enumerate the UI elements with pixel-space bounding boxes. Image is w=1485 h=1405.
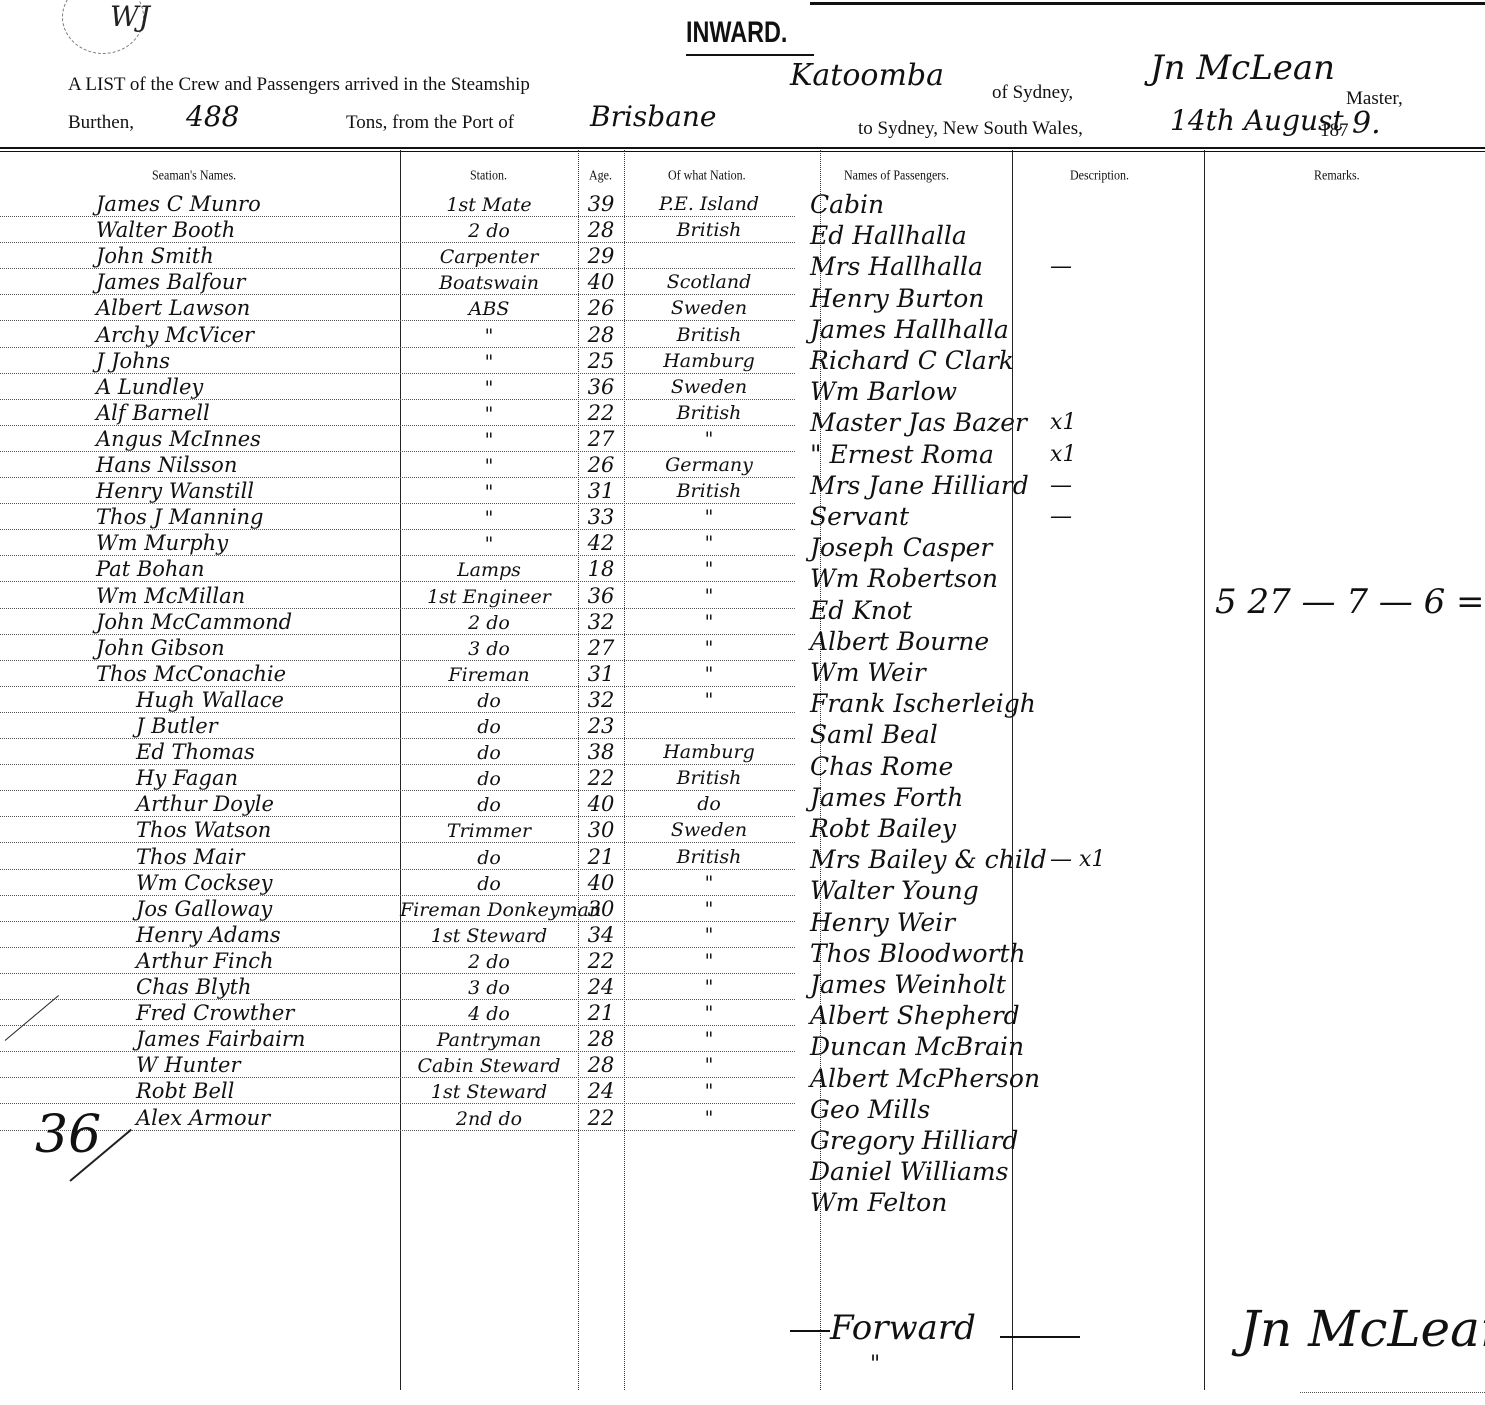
passenger-name: Robt Bailey [810,814,956,843]
crew-row: Thos Mairdo21British [0,849,800,875]
crew-name: Arthur Finch [136,949,274,973]
row-rule [0,608,795,609]
crew-age: 27 [578,427,624,451]
top-border [810,2,1485,5]
crew-nation: " [624,976,794,998]
passenger-description: — [1050,254,1072,279]
crew-row: Hy Fagando22British [0,770,800,796]
crew-nation: British [624,402,794,424]
crew-station: Pantryman [400,1029,578,1051]
passenger-name: Thos Bloodworth [810,939,1026,968]
passenger-name: Mrs Bailey & child [810,845,1047,874]
crew-name: Thos Mair [136,845,244,869]
crew-age: 24 [578,1079,624,1103]
row-rule [0,268,795,269]
crew-age: 38 [578,740,624,764]
crew-nation: British [624,767,794,789]
crew-nation: Sweden [624,376,794,398]
forward-line-right [1000,1336,1080,1338]
passenger-description: — [1050,473,1072,498]
crew-age: 39 [578,192,624,216]
passenger-name: Geo Mills [810,1095,930,1124]
forward-ditto: " [870,1352,880,1377]
passenger-name: Mrs Jane Hilliard [810,471,1029,500]
row-rule [0,790,795,791]
crew-nation: " [624,506,794,528]
row-rule [0,973,795,974]
passenger-name: Albert Bourne [810,627,989,656]
crew-name: James Balfour [96,270,245,294]
crew-age: 40 [578,792,624,816]
crew-station: do [400,690,578,712]
crew-age: 25 [578,349,624,373]
crew-nation: British [624,846,794,868]
crew-row: Hugh Wallacedo32" [0,692,800,718]
row-rule [0,451,795,452]
crew-nation: " [624,428,794,450]
crew-nation: Germany [624,454,794,476]
stamp-initials: WJ [110,0,150,33]
crew-nation: " [624,1002,794,1024]
crew-age: 22 [578,1106,624,1130]
crew-nation: " [624,950,794,972]
crew-nation: " [624,1080,794,1102]
crew-age: 22 [578,949,624,973]
row-rule [0,660,795,661]
row-rule [0,399,795,400]
crew-nation: Sweden [624,297,794,319]
crew-name: J Johns [96,349,170,373]
row-rule [0,816,795,817]
crew-row: Fred Crowther4 do21" [0,1005,800,1031]
crew-row: Chas Blyth3 do24" [0,979,800,1005]
crew-station: do [400,847,578,869]
crew-name: A Lundley [96,375,203,399]
crew-name: Walter Booth [96,218,235,242]
crew-nation: Hamburg [624,350,794,372]
crew-name: Hans Nilsson [96,453,237,477]
passenger-description: x1 [1050,442,1076,467]
crew-station: " [400,377,578,399]
crew-age: 22 [578,766,624,790]
crew-name: Alf Barnell [96,401,210,425]
crew-row: Arthur Finch2 do22" [0,953,800,979]
crew-name: Henry Wanstill [96,479,254,503]
crew-row: J Butlerdo23 [0,718,800,744]
from-port: Brisbane [590,100,717,133]
margin-tally: 36 [35,1105,101,1165]
crew-age: 26 [578,296,624,320]
crew-row: Henry Adams1st Steward34" [0,927,800,953]
crew-station: ABS [400,298,578,320]
crew-nation: British [624,219,794,241]
master-name: Jn McLean [1150,48,1335,88]
row-rule [0,738,795,739]
crew-station: " [400,351,578,373]
year-prefix: 187 [1320,120,1349,142]
crew-name: Wm McMillan [96,584,245,608]
crew-name: Arthur Doyle [136,792,274,816]
passenger-description: — x1 [1050,847,1105,872]
passenger-name: Cabin [810,190,884,219]
crew-age: 32 [578,610,624,634]
crew-name: W Hunter [136,1053,241,1077]
header-rule [0,147,1485,149]
crew-nation: " [624,532,794,554]
row-rule [0,712,795,713]
column-header-remarks: Remarks. [1314,167,1360,184]
crew-name: J Butler [136,714,218,738]
crew-station: 2 do [400,951,578,973]
passenger-name: Wm Felton [810,1188,947,1217]
row-rule [0,347,795,348]
row-rule [0,242,795,243]
passenger-name: Chas Rome [810,752,953,781]
crew-age: 36 [578,584,624,608]
crew-nation: " [624,689,794,711]
crew-name: Wm Murphy [96,531,228,555]
passenger-name: Henry Weir [810,908,955,937]
passenger-name: James Hallhalla [810,315,1009,344]
passenger-name: Richard C Clark [810,346,1014,375]
crew-station: do [400,873,578,895]
crew-name: Alex Armour [136,1106,270,1130]
ship-name: Katoomba [790,58,944,93]
crew-row: Jos GallowayFireman Donkeyman30" [0,901,800,927]
crew-station: Fireman Donkeyman [400,899,578,921]
to-sydney-label: to Sydney, New South Wales, [858,118,1083,140]
crew-station: Cabin Steward [400,1055,578,1077]
crew-nation: Hamburg [624,741,794,763]
crew-age: 21 [578,845,624,869]
crew-age: 42 [578,531,624,555]
crew-age: 18 [578,557,624,581]
passenger-name: Walter Young [810,876,979,905]
crew-nation: " [624,637,794,659]
crew-age: 34 [578,923,624,947]
crew-row: Wm Cockseydo40" [0,875,800,901]
row-rule [0,581,795,582]
document-heading: INWARD. [686,16,787,50]
crew-name: John Gibson [96,636,225,660]
row-rule [0,373,795,374]
crew-nation: " [624,585,794,607]
row-rule [0,921,795,922]
crew-name: Albert Lawson [96,296,250,320]
crew-station: Fireman [400,664,578,686]
column-header-description: Description. [1070,167,1129,184]
crew-nation: " [624,924,794,946]
of-sydney-text: of Sydney, [992,82,1073,104]
crew-name: Henry Adams [136,923,281,947]
passenger-name: James Weinholt [810,970,1006,999]
crew-age: 26 [578,453,624,477]
passenger-name: Albert McPherson [810,1064,1040,1093]
crew-name: John Smith [96,244,214,268]
crew-station: Lamps [400,559,578,581]
crew-station: 3 do [400,977,578,999]
crew-station: 3 do [400,638,578,660]
crew-age: 27 [578,636,624,660]
crew-name: James C Munro [96,192,261,216]
crew-age: 32 [578,688,624,712]
passenger-name: Daniel Williams [810,1157,1008,1186]
row-rule [0,1077,795,1078]
crew-station: do [400,768,578,790]
crew-row: W HunterCabin Steward28" [0,1057,800,1083]
crew-station: 4 do [400,1003,578,1025]
crew-age: 28 [578,218,624,242]
crew-row: Ed Thomasdo38Hamburg [0,744,800,770]
crew-row: Thos McConachieFireman31" [0,666,800,692]
arrival-date: 14th August [1170,104,1344,137]
crew-nation: Scotland [624,271,794,293]
passenger-name: Albert Shepherd [810,1001,1020,1030]
crew-age: 40 [578,871,624,895]
crew-nation: Sweden [624,819,794,841]
master-signature: Jn McLean [1240,1300,1485,1358]
crew-name: Angus McInnes [96,427,261,451]
year-suffix: 9. [1352,106,1381,141]
crew-age: 28 [578,323,624,347]
crew-name: Wm Cocksey [136,871,272,895]
row-rule [0,320,795,321]
crew-age: 28 [578,1027,624,1051]
row-rule [0,1051,795,1052]
signature-line [1300,1392,1485,1393]
crew-station: 1st Steward [400,925,578,947]
crew-nation: " [624,558,794,580]
passenger-name: Henry Burton [810,284,984,313]
crew-name: Hy Fagan [136,766,238,790]
crew-nation: British [624,480,794,502]
crew-nation: " [624,898,794,920]
crew-age: 29 [578,244,624,268]
burthen-label: Burthen, [68,112,134,134]
crew-name: Thos Watson [136,818,271,842]
forward-label: Forward [830,1308,976,1348]
crew-age: 30 [578,818,624,842]
crew-nation: " [624,611,794,633]
crew-age: 36 [578,375,624,399]
remarks-calculation: 5 27 — 7 — 6 = 64 [1215,582,1485,622]
crew-station: do [400,716,578,738]
row-rule [0,555,795,556]
crew-name: Thos McConachie [96,662,286,686]
crew-nation: P.E. Island [624,193,794,215]
forward-line-left [790,1330,830,1332]
manifest-page: WJ INWARD. A LIST of the Crew and Passen… [0,0,1485,1405]
row-rule [0,634,795,635]
crew-station: 1st Steward [400,1081,578,1103]
crew-station: 2 do [400,612,578,634]
row-rule [0,1130,795,1131]
passenger-row: Wm Felton [800,1194,1220,1224]
passenger-name: Gregory Hilliard [810,1126,1018,1155]
crew-station: Carpenter [400,246,578,268]
row-rule [0,947,795,948]
header-rule-secondary [0,151,1485,152]
row-rule [0,764,795,765]
row-rule [0,999,795,1000]
crew-nation: do [624,793,794,815]
column-header-passengers: Names of Passengers. [844,167,949,184]
burthen-value: 488 [186,100,239,133]
row-rule [0,503,795,504]
crew-row: James FairbairnPantryman28" [0,1031,800,1057]
passenger-name: Wm Barlow [810,377,957,406]
row-rule [0,1025,795,1026]
crew-station: do [400,742,578,764]
crew-name: John McCammond [96,610,292,634]
crew-age: 31 [578,479,624,503]
crew-name: Jos Galloway [136,897,272,921]
crew-nation: British [624,324,794,346]
crew-age: 28 [578,1053,624,1077]
passenger-name: Mrs Hallhalla [810,252,983,281]
row-rule [0,529,795,530]
crew-name: Chas Blyth [136,975,252,999]
crew-nation: " [624,1107,794,1129]
crew-name: Archy McVicer [96,323,254,347]
crew-age: 33 [578,505,624,529]
crew-row: Arthur Doyledo40do [0,796,800,822]
crew-name: Thos J Manning [96,505,263,529]
row-rule [0,842,795,843]
passenger-name: Master Jas Bazer [810,408,1027,437]
crew-name: Fred Crowther [136,1001,294,1025]
tons-from-port-label: Tons, from the Port of [346,112,514,134]
crew-age: 22 [578,401,624,425]
crew-name: Hugh Wallace [136,688,284,712]
passenger-name: " Ernest Roma [810,440,994,469]
crew-station: Trimmer [400,820,578,842]
row-rule [0,294,795,295]
crew-age: 24 [578,975,624,999]
crew-station: " [400,533,578,555]
column-header-seamen: Seaman's Names. [152,167,236,184]
row-rule [0,869,795,870]
passenger-name: Wm Robertson [810,564,998,593]
crew-name: Ed Thomas [136,740,255,764]
crew-station: " [400,481,578,503]
crew-nation: " [624,663,794,685]
crew-station: " [400,507,578,529]
crew-name: Robt Bell [136,1079,234,1103]
passenger-name: Saml Beal [810,720,938,749]
crew-age: 40 [578,270,624,294]
row-rule [0,477,795,478]
crew-station: 2nd do [400,1108,578,1130]
crew-age: 30 [578,897,624,921]
passenger-name: Joseph Casper [810,533,992,562]
column-header-nation: Of what Nation. [668,167,746,184]
crew-station: " [400,429,578,451]
row-rule [0,216,795,217]
crew-age: 31 [578,662,624,686]
passenger-name: Frank Ischerleigh [810,689,1036,718]
crew-station: 2 do [400,220,578,242]
list-intro-text: A LIST of the Crew and Passengers arrive… [68,74,530,96]
column-header-age: Age. [589,167,612,184]
crew-name: Pat Bohan [96,557,204,581]
crew-station: " [400,455,578,477]
crew-nation: " [624,1028,794,1050]
row-rule [0,895,795,896]
crew-nation: " [624,1054,794,1076]
heading-underline [686,54,814,56]
passenger-name: Servant [810,502,909,531]
crew-station: 1st Engineer [400,586,578,608]
crew-name: James Fairbairn [136,1027,305,1051]
crew-row: Alex Armour2nd do22" [0,1110,800,1136]
row-rule [0,1103,795,1104]
column-header-station: Station. [470,167,507,184]
crew-row: Robt Bell1st Steward24" [0,1083,800,1109]
crew-age: 21 [578,1001,624,1025]
crew-nation: " [624,872,794,894]
passenger-name: Ed Knot [810,596,912,625]
row-rule [0,425,795,426]
passenger-name: Duncan McBrain [810,1032,1024,1061]
crew-station: Boatswain [400,272,578,294]
passenger-description: — [1050,504,1072,529]
row-rule [0,686,795,687]
passenger-name: James Forth [810,783,963,812]
crew-station: " [400,325,578,347]
crew-age: 23 [578,714,624,738]
crew-station: 1st Mate [400,194,578,216]
crew-row: Thos WatsonTrimmer30Sweden [0,822,800,848]
passenger-name: Ed Hallhalla [810,221,967,250]
passenger-description: x1 [1050,410,1076,435]
passenger-name: Wm Weir [810,658,926,687]
crew-station: " [400,403,578,425]
crew-station: do [400,794,578,816]
